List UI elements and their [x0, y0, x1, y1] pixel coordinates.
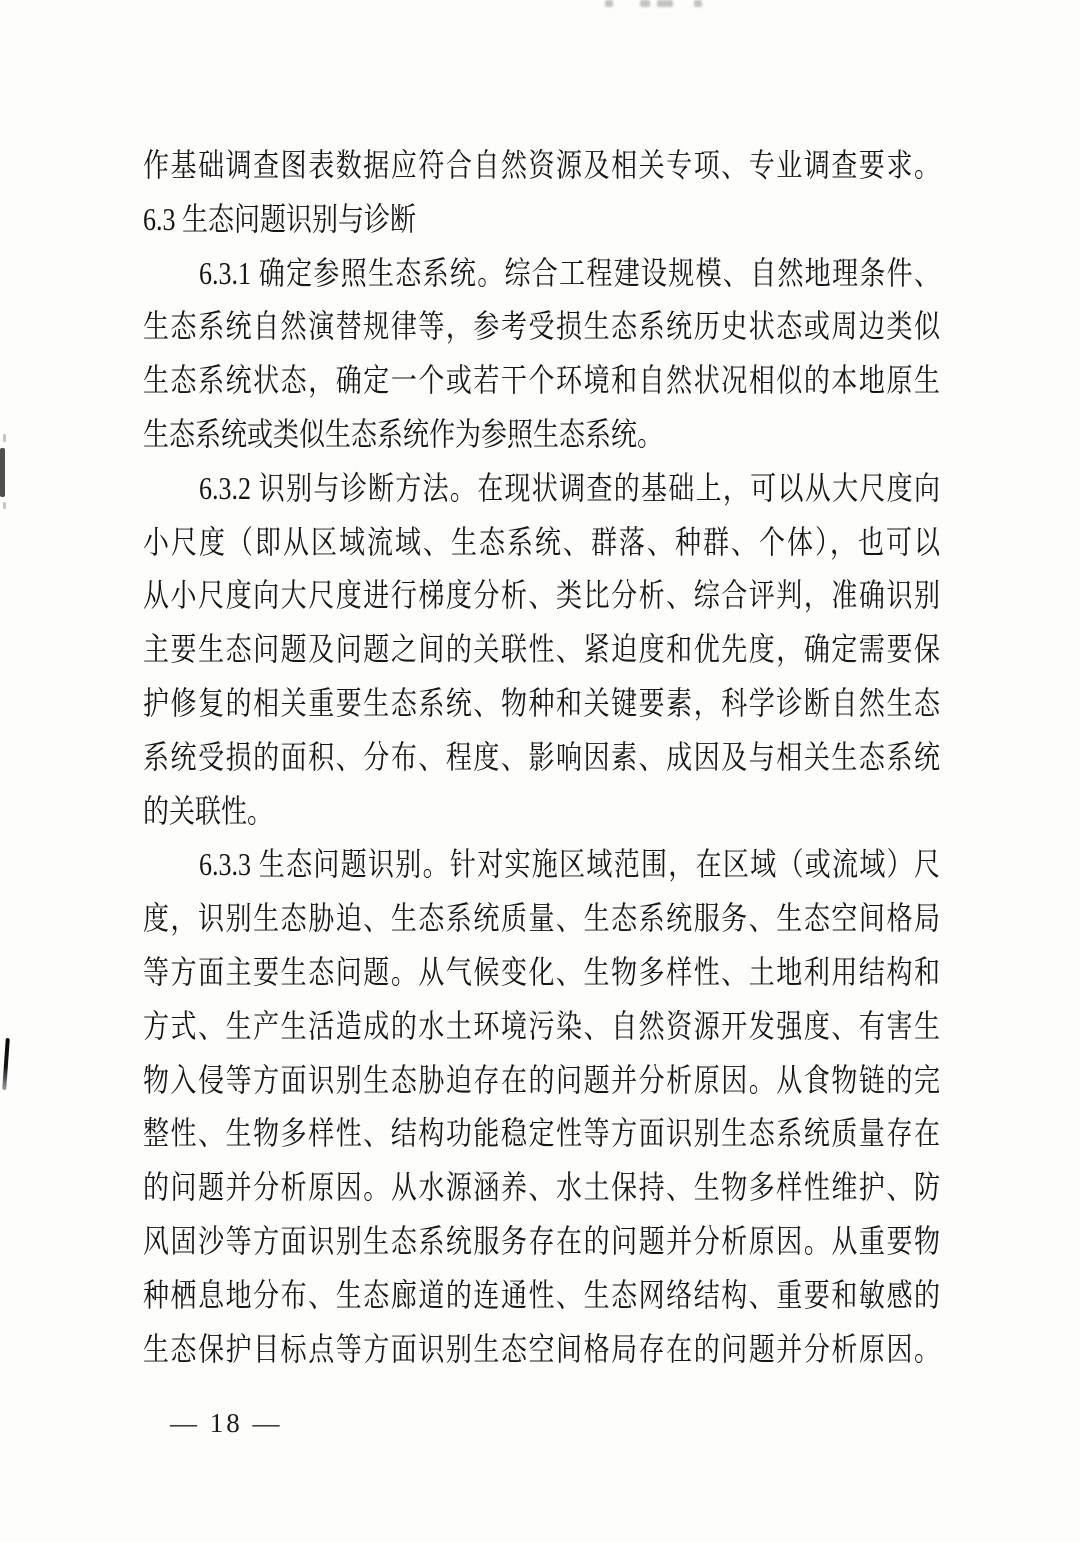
- scan-left-pen-stroke: [2, 1038, 10, 1090]
- scan-smudge: [640, 0, 650, 7]
- scan-left-edge-bar: [0, 448, 5, 497]
- document-body: 作基础调查图表数据应符合自然资源及相关专项、专业调查要求。6.3 生态问题识别与…: [143, 139, 940, 1376]
- document-page: 作基础调查图表数据应符合自然资源及相关专项、专业调查要求。6.3 生态问题识别与…: [0, 0, 1080, 1543]
- text-line: 生态保护目标点等方面识别生态空间格局存在的问题并分析原因。: [143, 1317, 940, 1383]
- scan-smudge: [605, 0, 613, 7]
- page-number: — 18 —: [170, 1408, 283, 1439]
- scan-smudge: [694, 0, 702, 7]
- scan-smudge: [657, 0, 673, 7]
